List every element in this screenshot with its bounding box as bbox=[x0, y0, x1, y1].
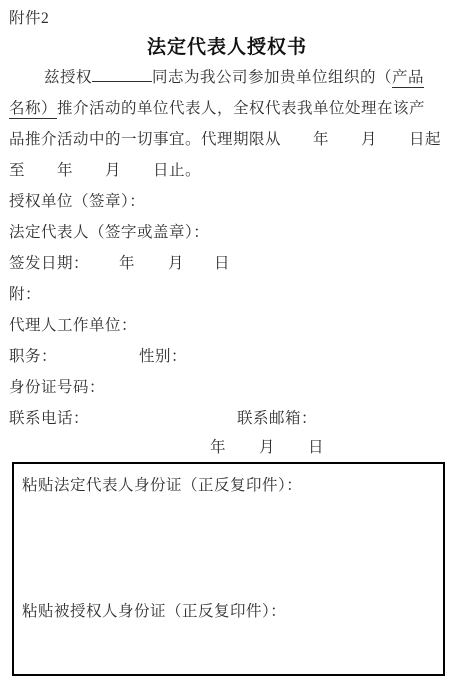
sign-date-year-label: 年 bbox=[210, 439, 226, 456]
sign-date-month-label: 月 bbox=[259, 439, 275, 456]
issue-date-day-label: 日 bbox=[214, 255, 230, 272]
paragraph-line-2-rest: 推介活动的单位代表人，全权代表我单位处理在该产 bbox=[57, 100, 425, 117]
product-name-underlined-part2: 名称） bbox=[9, 100, 57, 119]
gender-label: 性别： bbox=[139, 348, 187, 365]
signing-date-line: 年月日 bbox=[9, 434, 445, 462]
position-label: 职务： bbox=[9, 348, 57, 365]
authorization-document: 附件2 法定代表人授权书 兹授权同志为我公司参加贵单位组织的（产品 名称）推介活… bbox=[0, 0, 454, 696]
id-number-line: 身份证号码： bbox=[9, 372, 445, 403]
product-name-underlined-part1: 产品 bbox=[392, 69, 424, 88]
phone-label: 联系电话： bbox=[9, 410, 89, 427]
issue-date-month-label: 月 bbox=[168, 255, 184, 272]
legal-rep-id-paste-label: 粘贴法定代表人身份证（正反复印件）： bbox=[22, 473, 302, 495]
issue-date-label: 签发日期： bbox=[9, 255, 89, 272]
authorized-person-id-paste-label: 粘贴被授权人身份证（正反复印件）： bbox=[22, 599, 286, 621]
email-label: 联系邮箱： bbox=[237, 410, 317, 427]
paragraph-line-3: 品推介活动中的一切事宜。代理期限从 年 月 日起 bbox=[9, 124, 445, 155]
paragraph-line-4: 至 年 月 日止。 bbox=[9, 155, 445, 186]
attachment-note-line: 附： bbox=[9, 279, 445, 310]
position-gender-line: 职务：性别： bbox=[9, 341, 445, 372]
id-copy-paste-box: 粘贴法定代表人身份证（正反复印件）： 粘贴被授权人身份证（正反复印件）： bbox=[12, 462, 445, 676]
page-title: 法定代表人授权书 bbox=[9, 34, 445, 62]
issue-date-line: 签发日期：年月日 bbox=[9, 248, 445, 279]
attachment-label: 附件2 bbox=[9, 3, 445, 34]
legal-rep-signature-line: 法定代表人（签字或盖章）： bbox=[9, 217, 445, 248]
sign-date-day-label: 日 bbox=[308, 439, 324, 456]
authorizing-unit-line: 授权单位（签章）： bbox=[9, 186, 445, 217]
issue-date-year-label: 年 bbox=[119, 255, 135, 272]
paragraph-line-1: 兹授权同志为我公司参加贵单位组织的（产品 bbox=[9, 62, 445, 93]
authorized-name-blank bbox=[92, 68, 152, 82]
agent-work-unit-line: 代理人工作单位： bbox=[9, 310, 445, 341]
paragraph-lead: 兹授权 bbox=[44, 69, 92, 86]
body-paragraph: 兹授权同志为我公司参加贵单位组织的（产品 名称）推介活动的单位代表人，全权代表我… bbox=[9, 62, 445, 186]
paragraph-line-2: 名称）推介活动的单位代表人，全权代表我单位处理在该产 bbox=[9, 93, 445, 124]
paragraph-after-blank: 同志为我公司参加贵单位组织的（ bbox=[152, 69, 392, 86]
contact-line: 联系电话：联系邮箱： bbox=[9, 403, 445, 434]
